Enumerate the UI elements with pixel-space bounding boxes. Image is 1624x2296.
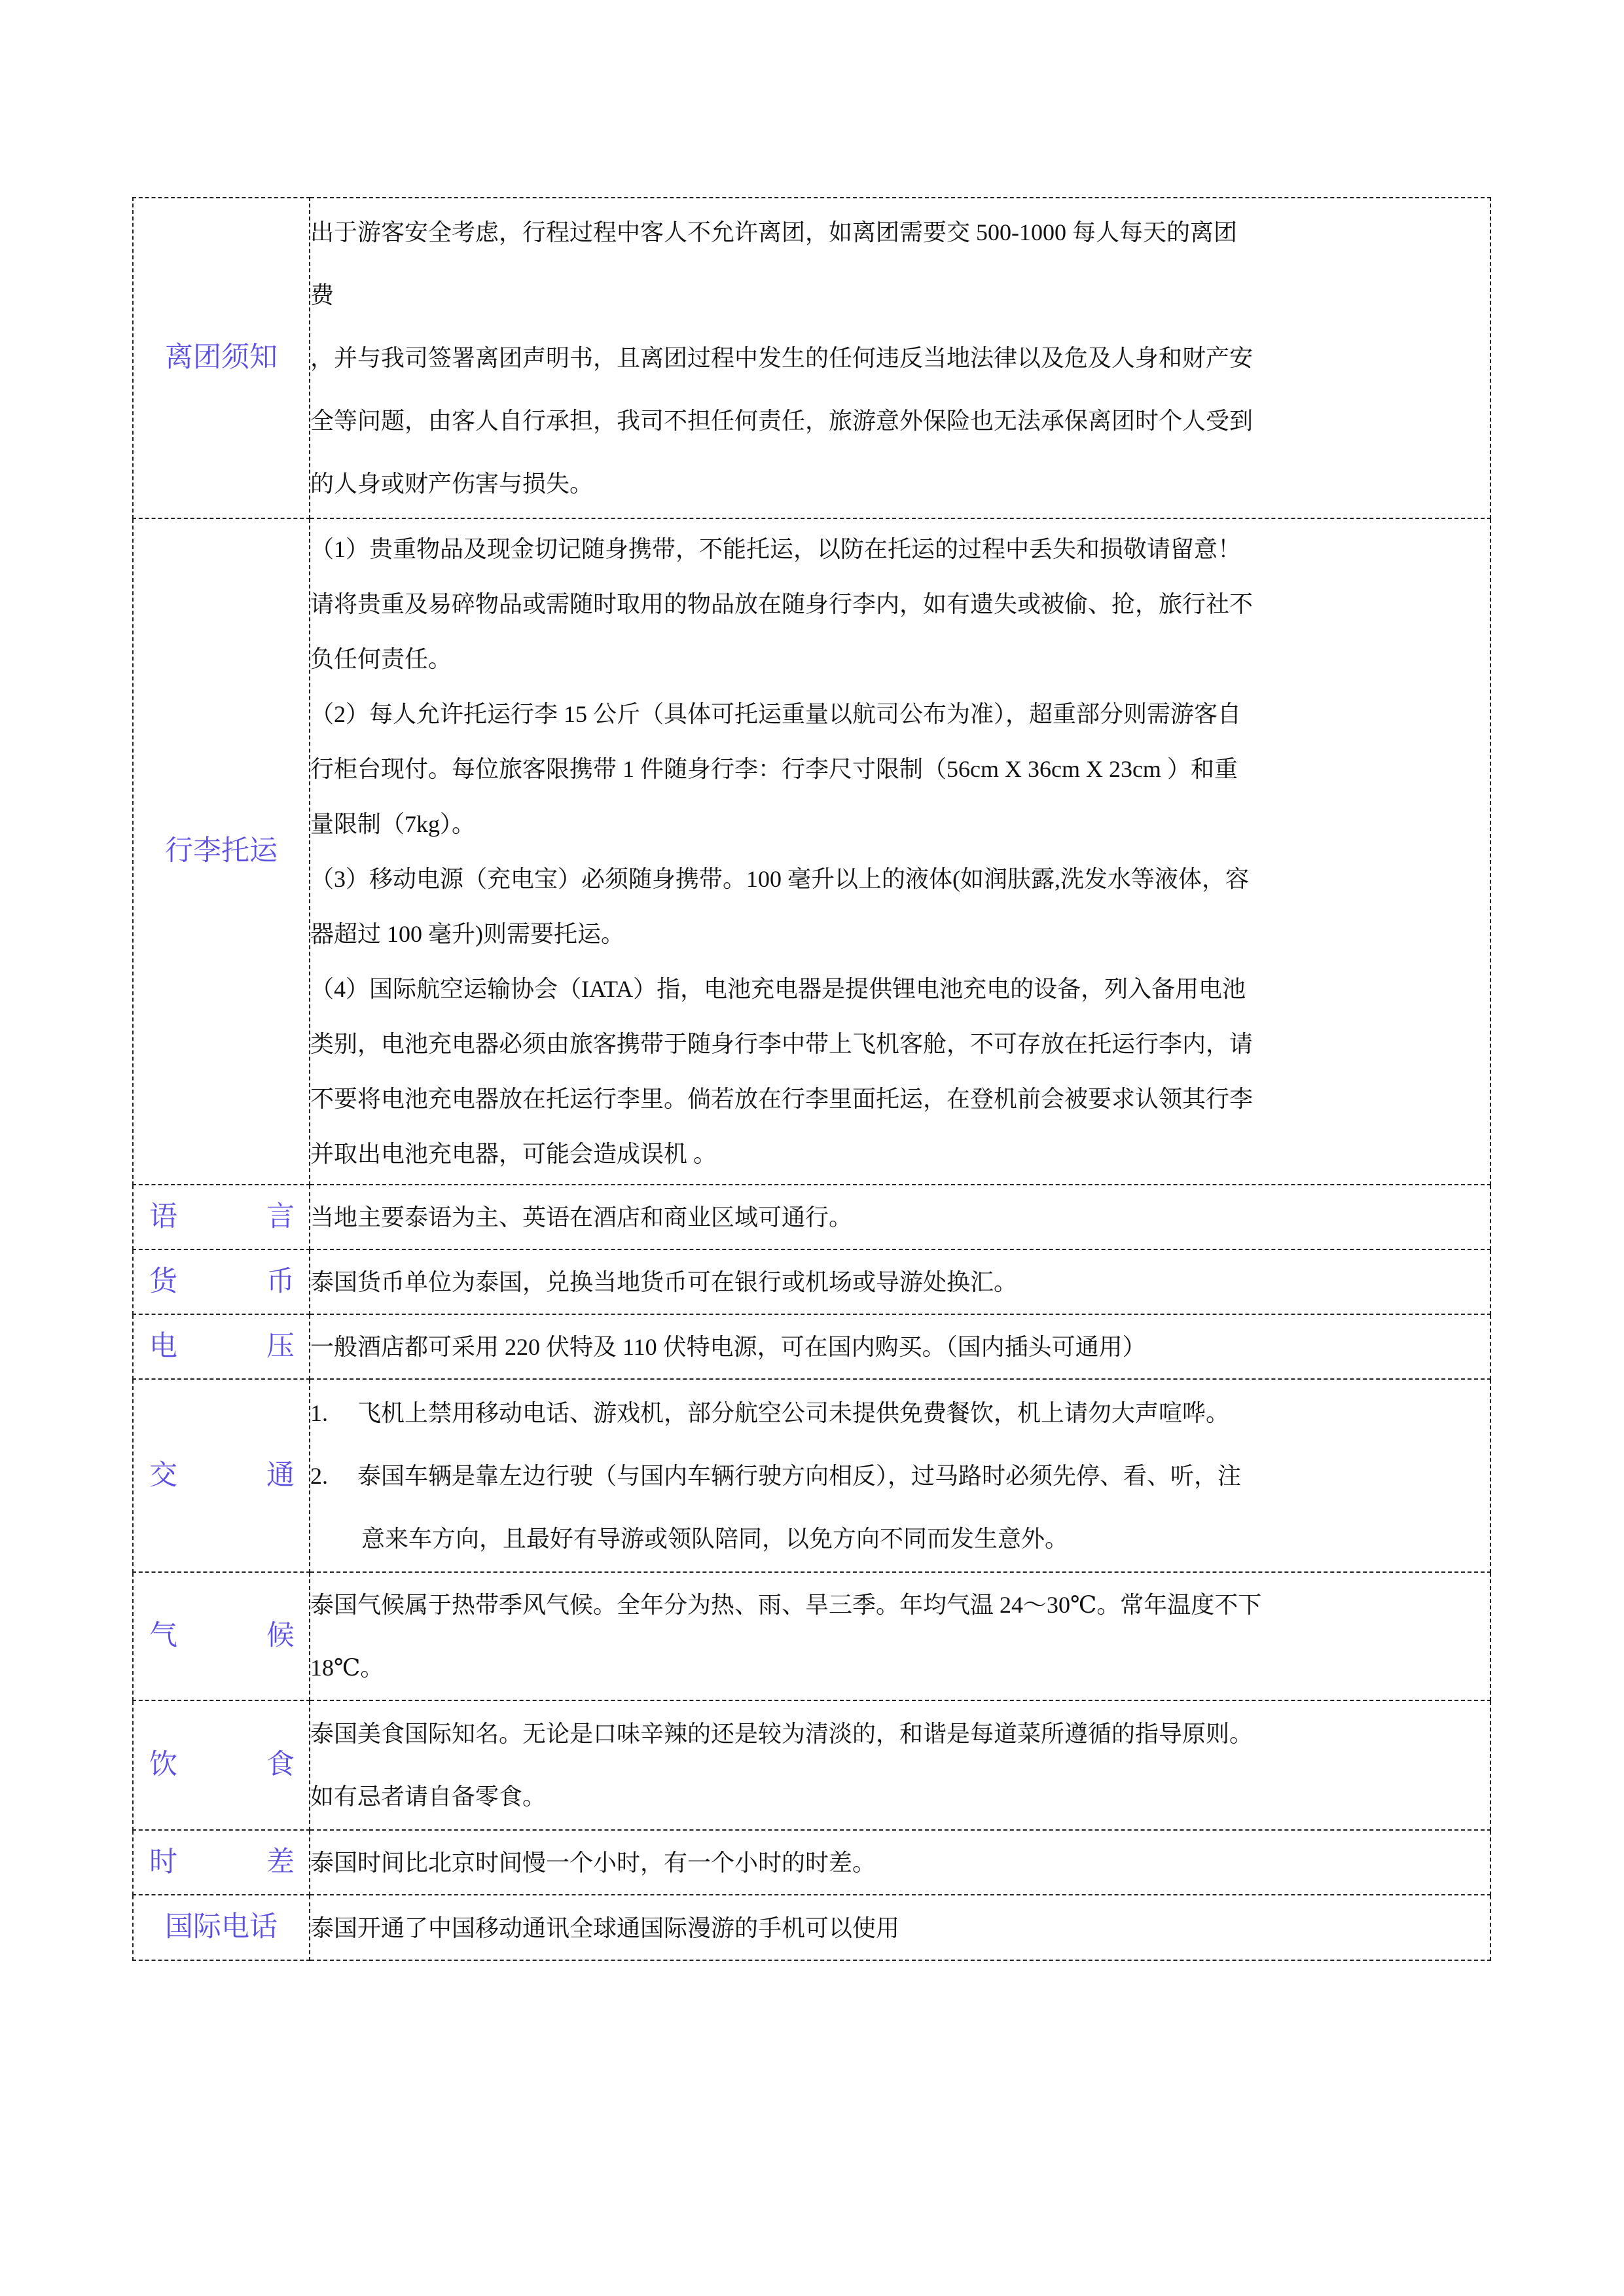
row-label: 语 言 xyxy=(134,1200,309,1234)
item-number: 1. xyxy=(310,1382,357,1444)
item-continuation: 意来车方向，且最好有导游或领队陪同，以免方向不同而发生意外。 xyxy=(310,1507,1490,1570)
numbered-item: 1.飞机上禁用移动电话、游戏机，部分航空公司未提供免费餐饮，机上请勿大声喧哗。 xyxy=(310,1382,1490,1444)
row-content-cell: 一般酒店都可采用 220 伏特及 110 伏特电源，可在国内购买。（国内插头可通… xyxy=(310,1314,1490,1379)
content-line: 泰国货币单位为泰国，兑换当地货币可在银行或机场或导游处换汇。 xyxy=(310,1257,1490,1308)
content-line: （1）贵重物品及现金切记随身携带，不能托运，以防在托运的过程中丢失和损敬请留意！ xyxy=(310,522,1490,577)
row-label-char: 言 xyxy=(266,1200,295,1234)
row-label-cell: 时 差 xyxy=(133,1830,310,1895)
row-content-cell: 泰国开通了中国移动通讯全球通国际漫游的手机可以使用 xyxy=(310,1895,1490,1960)
item-text: 泰国车辆是靠左边行驶（与国内车辆行驶方向相反），过马路时必须先停、看、听，注 xyxy=(357,1463,1241,1489)
row-content-cell: （1）贵重物品及现金切记随身携带，不能托运，以防在托运的过程中丢失和损敬请留意！… xyxy=(310,518,1490,1185)
row-label-char: 候 xyxy=(266,1619,295,1653)
row-label: 电 压 xyxy=(134,1330,309,1364)
document-page: 离团须知 出于游客安全考虑，行程过程中客人不允许离团，如离团需要交 500-10… xyxy=(0,0,1624,2296)
row-label-cell: 离团须知 xyxy=(133,198,310,518)
row-label-char: 通 xyxy=(266,1459,295,1493)
row-label: 交 通 xyxy=(134,1459,309,1493)
row-content-cell: 泰国时间比北京时间慢一个小时，有一个小时的时差。 xyxy=(310,1830,1490,1895)
content-line: 一般酒店都可采用 220 伏特及 110 伏特电源，可在国内购买。（国内插头可通… xyxy=(310,1321,1490,1372)
content-line: （2）每人允许托运行李 15 公斤（具体可托运重量以航司公布为准），超重部分则需… xyxy=(310,687,1490,742)
content-line: 并取出电池充电器，可能会造成误机 。 xyxy=(310,1126,1490,1181)
content-line: 类别，电池充电器必须由旅客携带于随身行李中带上飞机客舱，不可存放在托运行李内，请 xyxy=(310,1016,1490,1071)
content-line: 出于游客安全考虑，行程过程中客人不允许离团，如离团需要交 500-1000 每人… xyxy=(310,201,1490,264)
row-content-cell: 泰国美食国际知名。无论是口味辛辣的还是较为清淡的，和谐是每道菜所遵循的指导原则。… xyxy=(310,1700,1490,1830)
content-line: 的人身或财产伤害与损失。 xyxy=(310,452,1490,515)
row-label-char: 货 xyxy=(149,1265,177,1299)
row-content-cell: 泰国气候属于热带季风气候。全年分为热、雨、旱三季。年均气温 24～30℃。常年温… xyxy=(310,1572,1490,1700)
row-label-cell: 电 压 xyxy=(133,1314,310,1379)
content-line: 泰国美食国际知名。无论是口味辛辣的还是较为清淡的，和谐是每道菜所遵循的指导原则。 xyxy=(310,1702,1490,1765)
row-label: 饮 食 xyxy=(134,1748,309,1782)
row-label-char: 时 xyxy=(149,1846,177,1880)
item-text: 飞机上禁用移动电话、游戏机，部分航空公司未提供免费餐饮，机上请勿大声喧哗。 xyxy=(357,1400,1229,1426)
content-line: 负任何责任。 xyxy=(310,632,1490,687)
row-label-char: 气 xyxy=(149,1619,177,1653)
row-label-char: 币 xyxy=(266,1265,295,1299)
row-content-cell: 1.飞机上禁用移动电话、游戏机，部分航空公司未提供免费餐饮，机上请勿大声喧哗。 … xyxy=(310,1379,1490,1572)
table-row-baggage: 行李托运 （1）贵重物品及现金切记随身携带，不能托运，以防在托运的过程中丢失和损… xyxy=(133,518,1490,1185)
row-label-cell: 行李托运 xyxy=(133,518,310,1185)
content-line: 量限制（7kg）。 xyxy=(310,797,1490,852)
content-line: 泰国开通了中国移动通讯全球通国际漫游的手机可以使用 xyxy=(310,1903,1490,1954)
row-label: 国际电话 xyxy=(134,1910,309,1945)
row-label: 离团须知 xyxy=(134,341,309,375)
row-label-cell: 饮 食 xyxy=(133,1700,310,1830)
content-line: 泰国气候属于热带季风气候。全年分为热、雨、旱三季。年均气温 24～30℃。常年温… xyxy=(310,1573,1490,1636)
row-label: 行李托运 xyxy=(134,834,309,869)
row-label-cell: 语 言 xyxy=(133,1185,310,1249)
content-line: ，并与我司签署离团声明书，且离团过程中发生的任何违反当地法律以及危及人身和财产安 xyxy=(310,327,1490,389)
row-label-char: 交 xyxy=(149,1459,177,1493)
content-line: 泰国时间比北京时间慢一个小时，有一个小时的时差。 xyxy=(310,1837,1490,1888)
content-line: 不要将电池充电器放在托运行李里。倘若放在行李里面托运，在登机前会被要求认领其行李 xyxy=(310,1071,1490,1126)
thailand-travel-info-table: 离团须知 出于游客安全考虑，行程过程中客人不允许离团，如离团需要交 500-10… xyxy=(132,197,1491,1961)
table-row-diet: 饮 食 泰国美食国际知名。无论是口味辛辣的还是较为清淡的，和谐是每道菜所遵循的指… xyxy=(133,1700,1490,1830)
content-line: 18℃。 xyxy=(310,1636,1490,1699)
content-line: （4）国际航空运输协会（IATA）指，电池充电器是提供锂电池充电的设备，列入备用… xyxy=(310,961,1490,1016)
table-row-time-difference: 时 差 泰国时间比北京时间慢一个小时，有一个小时的时差。 xyxy=(133,1830,1490,1895)
row-label-cell: 货 币 xyxy=(133,1249,310,1314)
row-content-cell: 泰国货币单位为泰国，兑换当地货币可在银行或机场或导游处换汇。 xyxy=(310,1249,1490,1314)
content-line: （3）移动电源（充电宝）必须随身携带。100 毫升以上的液体(如润肤露,洗发水等… xyxy=(310,852,1490,906)
row-label-char: 压 xyxy=(266,1330,295,1364)
table-row-international-calls: 国际电话 泰国开通了中国移动通讯全球通国际漫游的手机可以使用 xyxy=(133,1895,1490,1960)
numbered-item: 2.泰国车辆是靠左边行驶（与国内车辆行驶方向相反），过马路时必须先停、看、听，注 xyxy=(310,1444,1490,1507)
row-label: 时 差 xyxy=(134,1846,309,1880)
table-row-currency: 货 币 泰国货币单位为泰国，兑换当地货币可在银行或机场或导游处换汇。 xyxy=(133,1249,1490,1314)
row-label-char: 电 xyxy=(149,1330,177,1364)
table-row-climate: 气 候 泰国气候属于热带季风气候。全年分为热、雨、旱三季。年均气温 24～30℃… xyxy=(133,1572,1490,1700)
row-content-cell: 出于游客安全考虑，行程过程中客人不允许离团，如离团需要交 500-1000 每人… xyxy=(310,198,1490,518)
row-label-char: 食 xyxy=(266,1748,295,1782)
content-line: 请将贵重及易碎物品或需随时取用的物品放在随身行李内，如有遗失或被偷、抢，旅行社不 xyxy=(310,577,1490,632)
table-row-leave-group: 离团须知 出于游客安全考虑，行程过程中客人不允许离团，如离团需要交 500-10… xyxy=(133,198,1490,518)
content-line: 行柜台现付。每位旅客限携带 1 件随身行李：行李尺寸限制（56cm X 36cm… xyxy=(310,742,1490,797)
row-label: 货 币 xyxy=(134,1265,309,1299)
row-label-char: 差 xyxy=(266,1846,295,1880)
row-content-cell: 当地主要泰语为主、英语在酒店和商业区域可通行。 xyxy=(310,1185,1490,1249)
table-row-voltage: 电 压 一般酒店都可采用 220 伏特及 110 伏特电源，可在国内购买。（国内… xyxy=(133,1314,1490,1379)
row-label-cell: 气 候 xyxy=(133,1572,310,1700)
content-line: 器超过 100 毫升)则需要托运。 xyxy=(310,906,1490,961)
content-line: 费 xyxy=(310,264,1490,327)
row-label-cell: 交 通 xyxy=(133,1379,310,1572)
content-line: 当地主要泰语为主、英语在酒店和商业区域可通行。 xyxy=(310,1192,1490,1243)
content-line: 全等问题，由客人自行承担，我司不担任何责任，旅游意外保险也无法承保离团时个人受到 xyxy=(310,389,1490,452)
row-label-cell: 国际电话 xyxy=(133,1895,310,1960)
content-line: 如有忌者请自备零食。 xyxy=(310,1765,1490,1828)
table-row-language: 语 言 当地主要泰语为主、英语在酒店和商业区域可通行。 xyxy=(133,1185,1490,1249)
row-label: 气 候 xyxy=(134,1619,309,1653)
table-row-transport: 交 通 1.飞机上禁用移动电话、游戏机，部分航空公司未提供免费餐饮，机上请勿大声… xyxy=(133,1379,1490,1572)
row-label-char: 饮 xyxy=(149,1748,177,1782)
row-label-char: 语 xyxy=(149,1200,177,1234)
item-number: 2. xyxy=(310,1444,357,1507)
